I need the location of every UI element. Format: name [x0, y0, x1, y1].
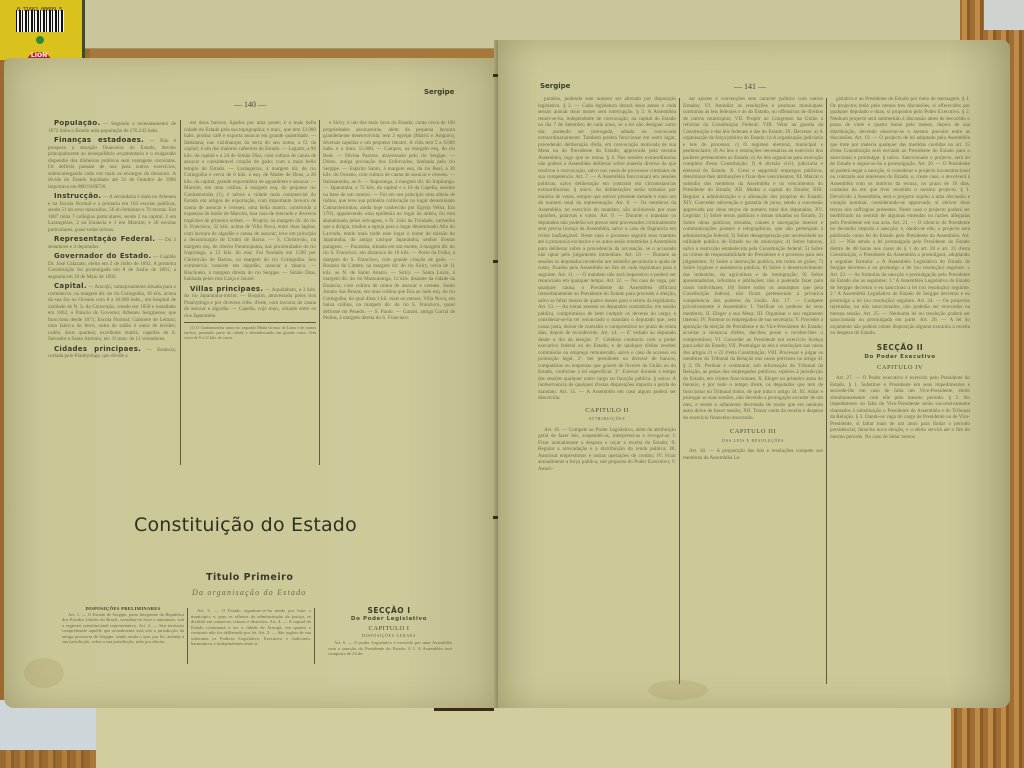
art18-text: Art. 18. — A proposição das leis e resol… [683, 448, 823, 461]
paper-stain [648, 680, 708, 700]
right-page: Sergipe — 141 — putados, podendo este nu… [498, 40, 1010, 708]
titulo-subtitle: Da organisação do Estado [192, 588, 307, 597]
corner-object [984, 0, 1024, 30]
section-populacao: População. — Segundo o recenseamento de … [48, 120, 176, 134]
capitulo-2-subtitle: ATTRIBUIÇÕES [538, 416, 676, 423]
constitution-title: Constituição do Estado [134, 514, 357, 536]
right-col-1: putados, podendo este numero ser alterad… [538, 96, 676, 684]
open-book: — 140 — Sergipe População. — Segundo o r… [4, 40, 1010, 708]
page-number-left: — 140 — [234, 100, 266, 109]
footnote-rule [184, 322, 316, 323]
prelim-text: Art. 1. — O Estado de Sergipe, parte int… [62, 612, 184, 645]
left-page: — 140 — Sergipe População. — Segundo o r… [4, 58, 498, 708]
column-rule [679, 98, 680, 684]
seccao-1: SECÇÃO I [334, 606, 444, 615]
barcode-number: 0 71662 00099 5 [17, 7, 62, 13]
arts-18-26-text: gislativa e ao Presidente do Estado por … [830, 96, 970, 337]
villas-text-cont: e Siriry, é um dos mais ricos do Estado;… [323, 120, 455, 322]
capitulo-3: CAPITULO III [683, 429, 823, 436]
art27-text: Art. 27. — O Poder executivo é exercido … [830, 375, 970, 440]
section-financas: Finanças estadoaes. — Não é prospera a s… [48, 137, 176, 190]
section-villas: Villas principaes. — Aquidabam, a 3 kils… [184, 286, 316, 320]
section-instruccao: Instrucção. — A secundaria é dada no Ath… [48, 193, 176, 233]
capitulo-3-subtitle: DAS LEIS E RESOLUÇÕES [683, 438, 823, 445]
right-col-2: sar ajustes e convenções sem caracter po… [683, 96, 823, 684]
seccao-2-subtitle: Do Poder Executivo [830, 354, 970, 361]
capitulo-4: CAPITULO IV [830, 365, 970, 372]
art6-col: Art. 6. — O poder Legislativo é exercido… [328, 640, 452, 662]
art6-text: Art. 6. — O poder Legislativo é exercido… [328, 640, 452, 657]
capitulo-1: CAPITULO I [334, 625, 444, 632]
column-rule [180, 120, 181, 465]
section-representacao: Representação Federal. — Dá 3 senadores … [48, 236, 176, 250]
left-col-3: e Siriry, é um dos mais ricos do Estado;… [323, 120, 455, 460]
seccao-2: SECÇÃO II [830, 345, 970, 352]
arts-col: Art. 3. — O Estado organisar-se-ha tendo… [191, 608, 311, 666]
column-rule [314, 608, 315, 664]
capitulo-1-subtitle: DISPOSIÇÕES GERAES [334, 634, 444, 638]
backing-board-bottom [96, 706, 951, 768]
cities-text: em dous bairros, ligados por uma ponte; … [184, 120, 316, 283]
art16-text: Art. 16. — Compete ao Poder Legislativo,… [538, 427, 676, 473]
arts-6-15-text: putados, podendo este numero ser alterad… [538, 96, 676, 402]
section-cidades: Cidades principaes. — Estancia, cortada … [48, 346, 176, 360]
arts-3-5-text: Art. 3. — O Estado organisar-se-ha tendo… [191, 608, 311, 647]
section-governador: Governador do Estado. — Capitão Dr. José… [48, 253, 176, 280]
paper-stain [24, 658, 64, 688]
page-number-right: — 141 — [734, 82, 766, 91]
column-rule [187, 608, 188, 664]
left-col-1: População. — Segundo o recenseamento de … [48, 120, 176, 460]
footnote: (1) O Ganhamoroba nasce no segundo Matto… [184, 325, 316, 340]
running-head-left: Sergipe [424, 88, 454, 96]
left-col-2: em dous bairros, ligados por uma ponte; … [184, 120, 316, 465]
column-rule [319, 120, 320, 465]
running-head-right: Sergipe [540, 82, 570, 90]
binding-stitch [434, 708, 494, 711]
art16-17-text: sar ajustes e convenções sem caracter po… [683, 96, 823, 421]
capitulo-2: CAPITULO II [538, 408, 676, 415]
barcode-icon [16, 10, 64, 32]
prelim-col: DISPOSIÇÕES PRELIMINARES Art. 1. — O Est… [62, 606, 184, 666]
right-col-3: gislativa e ao Presidente do Estado por … [830, 96, 970, 684]
seccao-1-subtitle: Do Poder Legislativo [334, 616, 444, 622]
column-rule [826, 98, 827, 684]
section-capital: Capital. — Aracajú, vantajosamente situa… [48, 283, 176, 343]
titulo-primeiro: Titulo Primeiro [206, 572, 293, 583]
